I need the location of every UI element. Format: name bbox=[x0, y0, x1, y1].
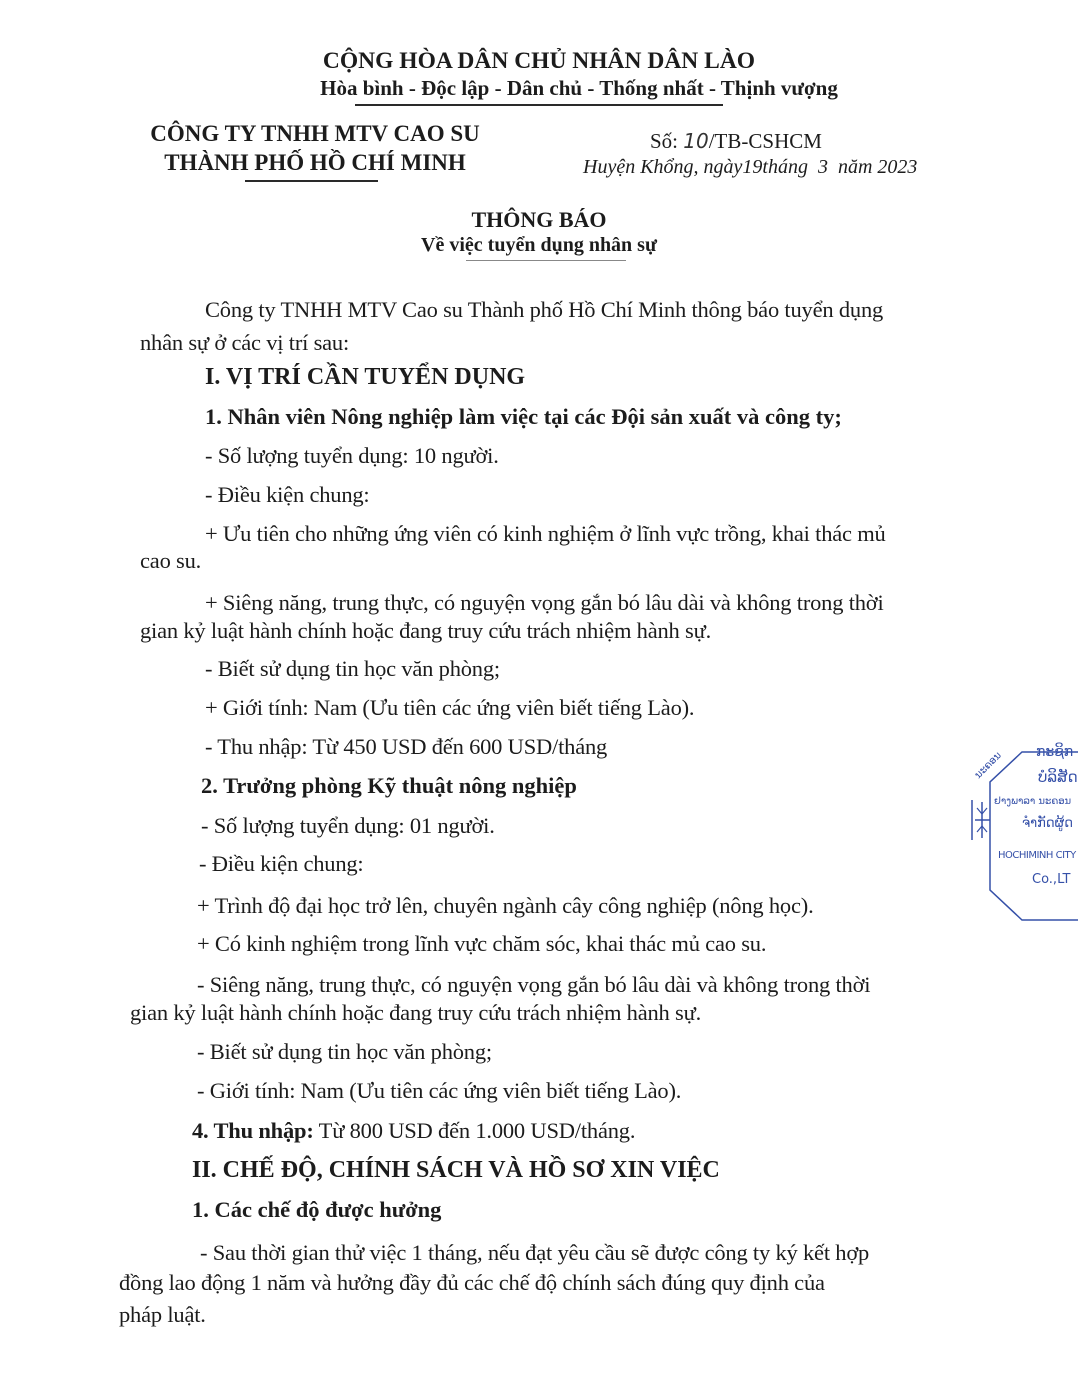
handwritten-doc-number: 10 bbox=[683, 129, 708, 153]
position-2-office-skills: - Biết sử dụng tin học văn phòng; bbox=[197, 1039, 492, 1065]
company-name-line2: THÀNH PHỐ HỒ CHÍ MINH bbox=[130, 150, 500, 176]
position-1-condition-1: + Ưu tiên cho những ứng viên có kinh ngh… bbox=[205, 521, 886, 547]
section-1-heading: I. VỊ TRÍ CẦN TUYỂN DỤNG bbox=[205, 364, 525, 391]
position-1-condition-2: + Siêng năng, trung thực, có nguyện vọng… bbox=[205, 590, 884, 616]
notice-subtitle: Về việc tuyển dụng nhân sự bbox=[0, 234, 1078, 257]
document-number: Số: 10/TB-CSHCM bbox=[650, 129, 822, 154]
section-2-benefits-line-2: đồng lao động 1 năm và hưởng đầy đủ các … bbox=[119, 1270, 825, 1296]
position-1-quantity: - Số lượng tuyển dụng: 10 người. bbox=[205, 443, 499, 469]
position-2-conditions-label: - Điều kiện chung: bbox=[199, 851, 363, 877]
intro-line-1: Công ty TNHH MTV Cao su Thành phố Hồ Chí… bbox=[205, 297, 883, 323]
position-2-gender: - Giới tính: Nam (Ưu tiên các ứng viên b… bbox=[197, 1078, 681, 1104]
national-motto: Hòa bình - Độc lập - Dân chủ - Thống nhấ… bbox=[40, 76, 1078, 101]
motto-underline bbox=[355, 104, 723, 106]
position-1-conditions-label: - Điều kiện chung: bbox=[205, 482, 369, 508]
handwritten-day: 19 bbox=[742, 156, 762, 178]
company-underline bbox=[245, 180, 378, 182]
position-2-condition-2: + Có kinh nghiệm trong lĩnh vực chăm sóc… bbox=[197, 931, 766, 957]
handwritten-month: 3 bbox=[818, 156, 828, 178]
position-2-quantity: - Số lượng tuyển dụng: 01 người. bbox=[201, 813, 495, 839]
notice-title: THÔNG BÁO bbox=[0, 207, 1078, 233]
position-1-condition-1-cont: cao su. bbox=[140, 548, 201, 574]
section-2-benefits-line-3: pháp luật. bbox=[119, 1302, 206, 1328]
position-2-condition-3: - Siêng năng, trung thực, có nguyện vọng… bbox=[197, 972, 870, 998]
position-1-income: - Thu nhập: Từ 450 USD đến 600 USD/tháng bbox=[205, 734, 607, 760]
position-1-office-skills: - Biết sử dụng tin học văn phòng; bbox=[205, 656, 500, 682]
position-2-heading: 2. Trưởng phòng Kỹ thuật nông nghiệp bbox=[201, 773, 577, 799]
position-2-income: 4. Thu nhập: Từ 800 USD đến 1.000 USD/th… bbox=[192, 1118, 635, 1144]
position-2-condition-1: + Trình độ đại học trở lên, chuyên ngành… bbox=[197, 893, 814, 919]
position-2-condition-3-cont: gian kỷ luật hành chính hoặc đang truy c… bbox=[130, 1000, 701, 1026]
company-seal-icon: ກະຊິກ ບໍລິສັດ ຢາງພາລາ ນະຄອນ ຈຳກັດຜູ້ດ HO… bbox=[960, 740, 1078, 930]
section-2-sub-1-heading: 1. Các chế độ được hưởng bbox=[192, 1197, 441, 1223]
section-2-heading: II. CHẾ ĐỘ, CHÍNH SÁCH VÀ HỒ SƠ XIN VIỆC bbox=[192, 1157, 720, 1184]
subtitle-underline bbox=[466, 260, 626, 261]
position-1-gender: + Giới tính: Nam (Ưu tiên các ứng viên b… bbox=[205, 695, 694, 721]
section-2-benefits-line-1: - Sau thời gian thử việc 1 tháng, nếu đạ… bbox=[200, 1240, 869, 1266]
position-1-condition-2-cont: gian kỷ luật hành chính hoặc đang truy c… bbox=[140, 618, 711, 644]
company-name-line1: CÔNG TY TNHH MTV CAO SU bbox=[130, 121, 500, 147]
country-name: CỘNG HÒA DÂN CHỦ NHÂN DÂN LÀO bbox=[0, 48, 1078, 75]
position-1-heading: 1. Nhân viên Nông nghiệp làm việc tại cá… bbox=[205, 404, 842, 430]
intro-line-2: nhân sự ở các vị trí sau: bbox=[140, 330, 349, 356]
place-and-date: Huyện Khổng, ngày19tháng 3 năm 2023 bbox=[583, 156, 917, 179]
